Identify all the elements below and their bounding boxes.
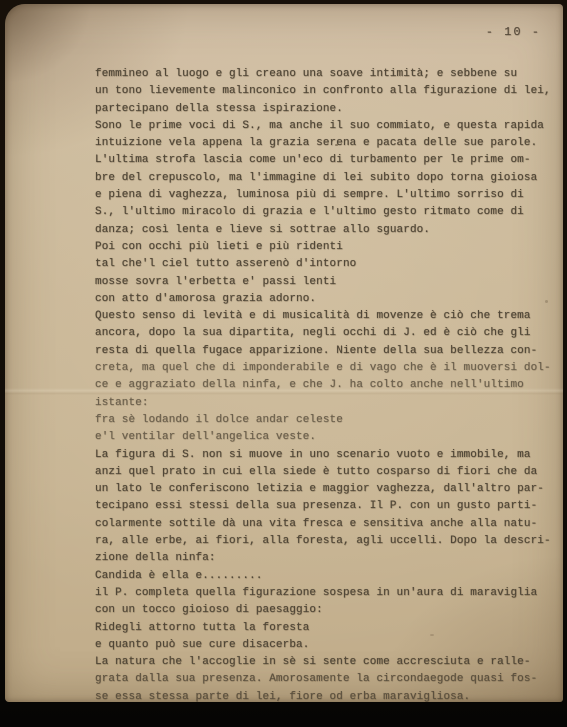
typed-line: Candida è ella e......... [95,568,557,585]
typed-line: zione della ninfa: [95,550,557,567]
typed-line: L'ultima strofa lascia come un'eco di tu… [95,152,557,169]
typed-line: con un tocco gioioso di paesaggio: [95,602,557,619]
ink-speck [430,634,434,636]
typed-line: se essa stessa parte di lei, fiore od er… [95,689,557,706]
typed-line: ancora, dopo la sua dipartita, negli occ… [95,325,557,342]
typed-line: tal che'l ciel tutto asserenò d'intorno [95,256,557,273]
typed-line: e piena di vaghezza, luminosa più di sem… [95,187,557,204]
typed-line: colarmente sottile dà una vita fresca e … [95,516,557,533]
typed-line: e quanto può sue cure disacerba. [95,637,557,654]
typed-line: creta, ma quel che di imponderabile e di… [95,360,557,377]
typed-line: un tono lievemente malinconico in confro… [95,83,557,100]
paper-crease [5,388,563,395]
typed-line: fra sè lodando il dolce andar celeste [95,412,557,429]
scanned-page-background: - 10 - femmineo al luogo e gli creano un… [0,0,567,727]
ink-speck [335,144,338,146]
typed-line: S., l'ultimo miracolo di grazia e l'ulti… [95,204,557,221]
typed-line: e'l ventilar dell'angelica veste. [95,429,557,446]
typed-line: istante: [95,395,557,412]
typed-line: mosse sovra l'erbetta e' passi lenti [95,274,557,291]
typed-line: resta di quella fugace apparizione. Nien… [95,343,557,360]
typed-line: anzi quel prato in cui ella siede è tutt… [95,464,557,481]
typed-line: Questo senso di levità e di musicalità d… [95,308,557,325]
typed-line: partecipano della stessa ispirazione. [95,101,557,118]
typed-line: bre del crepuscolo, ma l'immagine di lei… [95,170,557,187]
typed-line: un lato le conferiscono letizia e maggio… [95,481,557,498]
typed-line: con atto d'amorosa grazia adorno. [95,291,557,308]
typed-line: Sono le prime voci di S., ma anche il su… [95,118,557,135]
typed-text: femmineo al luogo e gli creano una soave… [95,66,557,706]
page-number: - 10 - [486,25,541,39]
typed-line: Poi con occhi più lieti e più ridenti [95,239,557,256]
typed-line: La figura di S. non si muove in uno scen… [95,447,557,464]
ink-speck [545,300,548,303]
typed-line: grata dalla sua presenza. Amorosamente l… [95,671,557,688]
typed-line: ra, alle erbe, ai fiori, alla foresta, a… [95,533,557,550]
typed-line: Ridegli attorno tutta la foresta [95,620,557,637]
typed-line: La natura che l'accoglie in sè si sente … [95,654,557,671]
paper-sheet: - 10 - femmineo al luogo e gli creano un… [5,4,563,702]
typed-line: tecipano essi stessi della sua presenza.… [95,498,557,515]
typed-line: femmineo al luogo e gli creano una soave… [95,66,557,83]
typed-line: il P. completa quella figurazione sospes… [95,585,557,602]
typed-line: intuizione vela appena la grazia serena … [95,135,557,152]
typed-line: danza; così lenta e lieve si sottrae all… [95,222,557,239]
